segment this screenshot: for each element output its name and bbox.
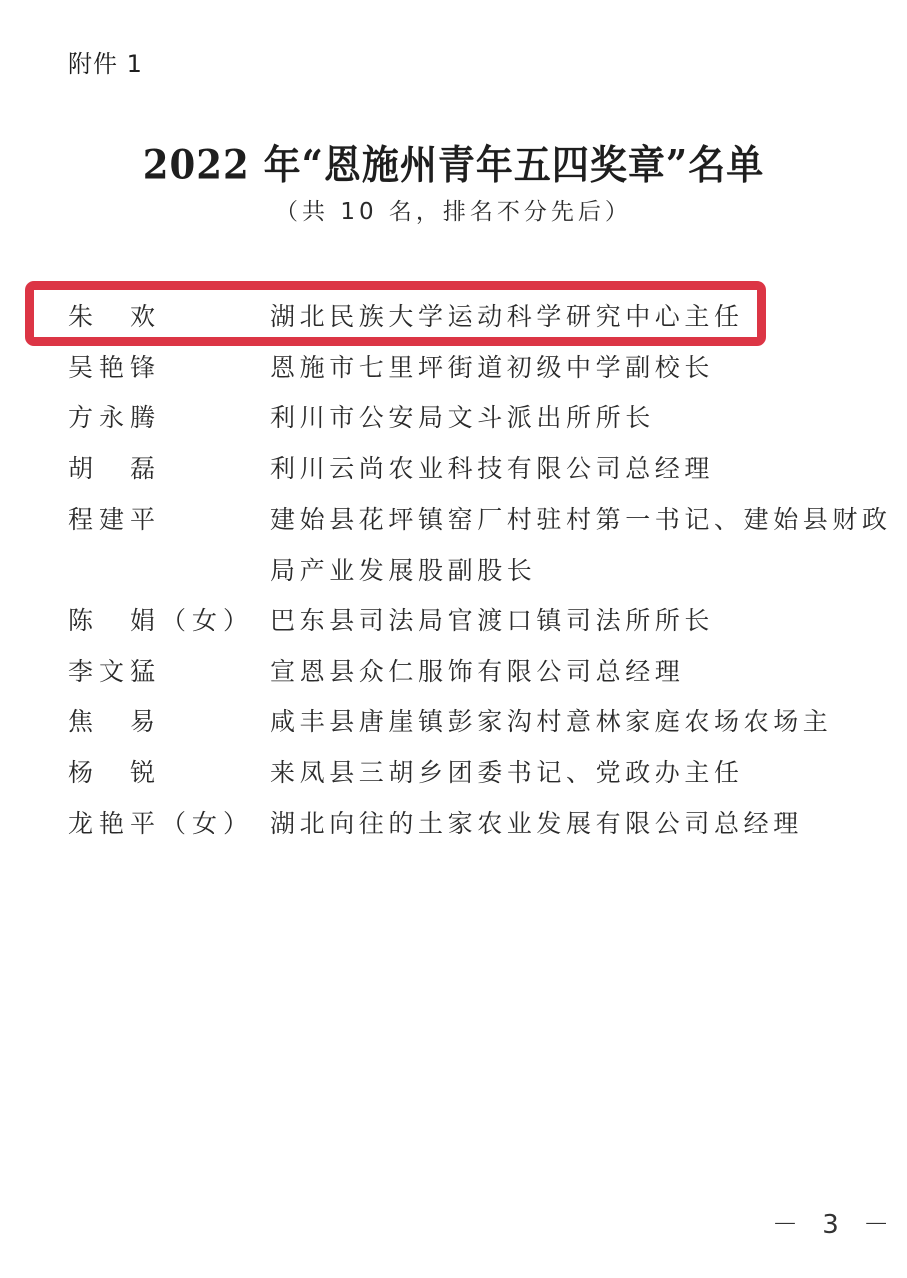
recipient-name: 李文猛 (68, 652, 161, 688)
recipient-position: 咸丰县唐崖镇彭家沟村意林家庭农场农场主 (270, 702, 832, 738)
recipient-position: 利川云尚农业科技有限公司总经理 (270, 449, 714, 485)
recipient-name: 吴艳锋 (68, 348, 161, 384)
recipient-position: 利川市公安局文斗派出所所长 (270, 398, 655, 434)
recipient-position: 巴东县司法局官渡口镇司法所所长 (270, 601, 714, 637)
recipient-name: 杨 锐 (68, 753, 161, 789)
recipient-position: 恩施市七里坪街道初级中学副校长 (270, 348, 714, 384)
recipient-name: 陈 娟（女） (68, 601, 254, 637)
document-title: 2022 年“恩施州青年五四奖章”名单 (0, 132, 907, 190)
page-number: － 3 － (772, 1204, 897, 1241)
recipient-position-line2: 局产业发展股副股长 (270, 551, 536, 587)
recipient-name: 龙艳平（女） (68, 804, 254, 840)
recipient-position: 湖北向往的土家农业发展有限公司总经理 (270, 804, 803, 840)
attachment-label: 附件 1 (68, 44, 143, 79)
recipient-position: 湖北民族大学运动科学研究中心主任 (270, 297, 744, 333)
recipient-position: 宣恩县众仁服饰有限公司总经理 (270, 652, 684, 688)
recipient-name: 胡 磊 (68, 449, 161, 485)
recipient-position: 建始县花坪镇窑厂村驻村第一书记、建始县财政 (270, 500, 892, 536)
recipient-name: 方永腾 (68, 398, 161, 434)
recipient-name: 朱 欢 (68, 297, 161, 333)
recipient-position: 来凤县三胡乡团委书记、党政办主任 (270, 753, 744, 789)
recipient-name: 程建平 (68, 500, 161, 536)
document-subtitle: （共 10 名，排名不分先后） (0, 193, 907, 226)
recipient-name: 焦 易 (68, 702, 161, 738)
